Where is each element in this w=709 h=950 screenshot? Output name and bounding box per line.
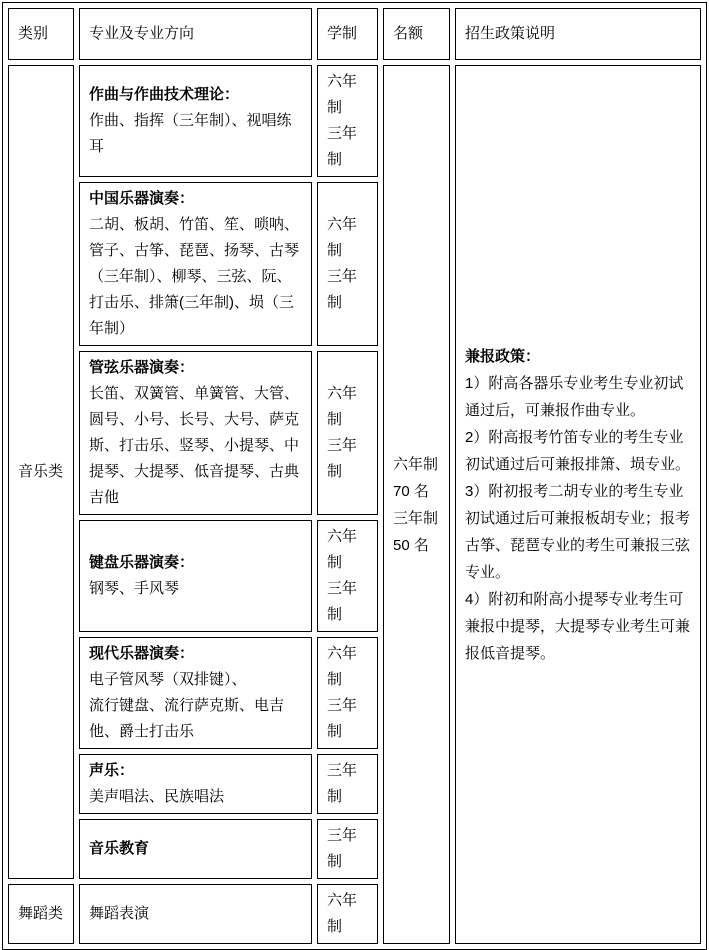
cell-duration: 三年制: [317, 819, 378, 879]
cell-duration: 六年制: [317, 884, 378, 944]
major-detail: 长笛、双簧管、单簧管、大管、圆号、小号、长号、大号、萨克斯、打击乐、竖琴、小提琴…: [89, 381, 303, 511]
policy-item: 1）附高各器乐专业考生专业初试通过后，可兼报作曲专业。: [465, 370, 692, 424]
policy-item: 2）附高报考竹笛专业的考生专业初试通过后可兼报排箫、埙专业。: [465, 424, 692, 478]
major-title: 声乐：: [89, 758, 303, 784]
admissions-table: 类别 专业及专业方向 学制 名额 招生政策说明 音乐类 作曲与作曲技术理论： 作…: [2, 2, 707, 950]
cell-major-dance: 舞蹈表演: [79, 884, 312, 944]
cell-major-orchestral: 管弦乐器演奏： 长笛、双簧管、单簧管、大管、圆号、小号、长号、大号、萨克斯、打击…: [79, 351, 312, 515]
cell-major-vocal: 声乐： 美声唱法、民族唱法: [79, 754, 312, 814]
major-title: 音乐教育: [89, 836, 303, 862]
cell-category-music: 音乐类: [8, 65, 74, 879]
major-detail: 舞蹈表演: [89, 901, 303, 927]
header-cell-major: 专业及专业方向: [79, 8, 312, 60]
cell-major-modern: 现代乐器演奏： 电子管风琴（双排键）、 流行键盘、流行萨克斯、电吉他、爵士打击乐: [79, 637, 312, 749]
major-detail: 二胡、板胡、竹笛、笙、唢呐、管子、古筝、琵琶、扬琴、古琴（三年制）、柳琴、三弦、…: [89, 212, 303, 342]
cell-duration: 六年制 三年制: [317, 65, 378, 177]
cell-duration: 六年制 三年制: [317, 182, 378, 346]
major-detail: 电子管风琴（双排键）、 流行键盘、流行萨克斯、电吉他、爵士打击乐: [89, 667, 303, 745]
header-cell-policy: 招生政策说明: [455, 8, 701, 60]
major-detail: 美声唱法、民族唱法: [89, 784, 303, 810]
major-detail: 钢琴、手风琴: [89, 576, 303, 602]
cell-major-chinese: 中国乐器演奏： 二胡、板胡、竹笛、笙、唢呐、管子、古筝、琵琶、扬琴、古琴（三年制…: [79, 182, 312, 346]
cell-duration: 六年制 三年制: [317, 520, 378, 632]
row-composition: 音乐类 作曲与作曲技术理论： 作曲、指挥（三年制）、视唱练耳 六年制 三年制 六…: [8, 65, 701, 177]
header-cell-duration: 学制: [317, 8, 378, 60]
cell-quota: 六年制 70 名 三年制 50 名: [383, 65, 450, 944]
header-cell-category: 类别: [8, 8, 74, 60]
policy-item: 3）附初报考二胡专业的考生专业初试通过后可兼报板胡专业；报考古筝、琵琶专业的考生…: [465, 478, 692, 586]
header-row: 类别 专业及专业方向 学制 名额 招生政策说明: [8, 8, 701, 60]
major-title: 键盘乐器演奏：: [89, 550, 303, 576]
policy-title: 兼报政策：: [465, 343, 692, 370]
major-title: 作曲与作曲技术理论：: [89, 82, 303, 108]
major-title: 现代乐器演奏：: [89, 641, 303, 667]
cell-major-composition: 作曲与作曲技术理论： 作曲、指挥（三年制）、视唱练耳: [79, 65, 312, 177]
cell-duration: 三年制: [317, 754, 378, 814]
cell-major-education: 音乐教育: [79, 819, 312, 879]
cell-major-keyboard: 键盘乐器演奏： 钢琴、手风琴: [79, 520, 312, 632]
cell-policy: 兼报政策： 1）附高各器乐专业考生专业初试通过后，可兼报作曲专业。 2）附高报考…: [455, 65, 701, 944]
cell-duration: 六年制 三年制: [317, 637, 378, 749]
cell-duration: 六年制 三年制: [317, 351, 378, 515]
major-detail: 作曲、指挥（三年制）、视唱练耳: [89, 108, 303, 160]
major-title: 中国乐器演奏：: [89, 186, 303, 212]
major-title: 管弦乐器演奏：: [89, 355, 303, 381]
cell-category-dance: 舞蹈类: [8, 884, 74, 944]
policy-item: 4）附初和附高小提琴专业考生可兼报中提琴，大提琴专业考生可兼报低音提琴。: [465, 586, 692, 667]
header-cell-quota: 名额: [383, 8, 450, 60]
